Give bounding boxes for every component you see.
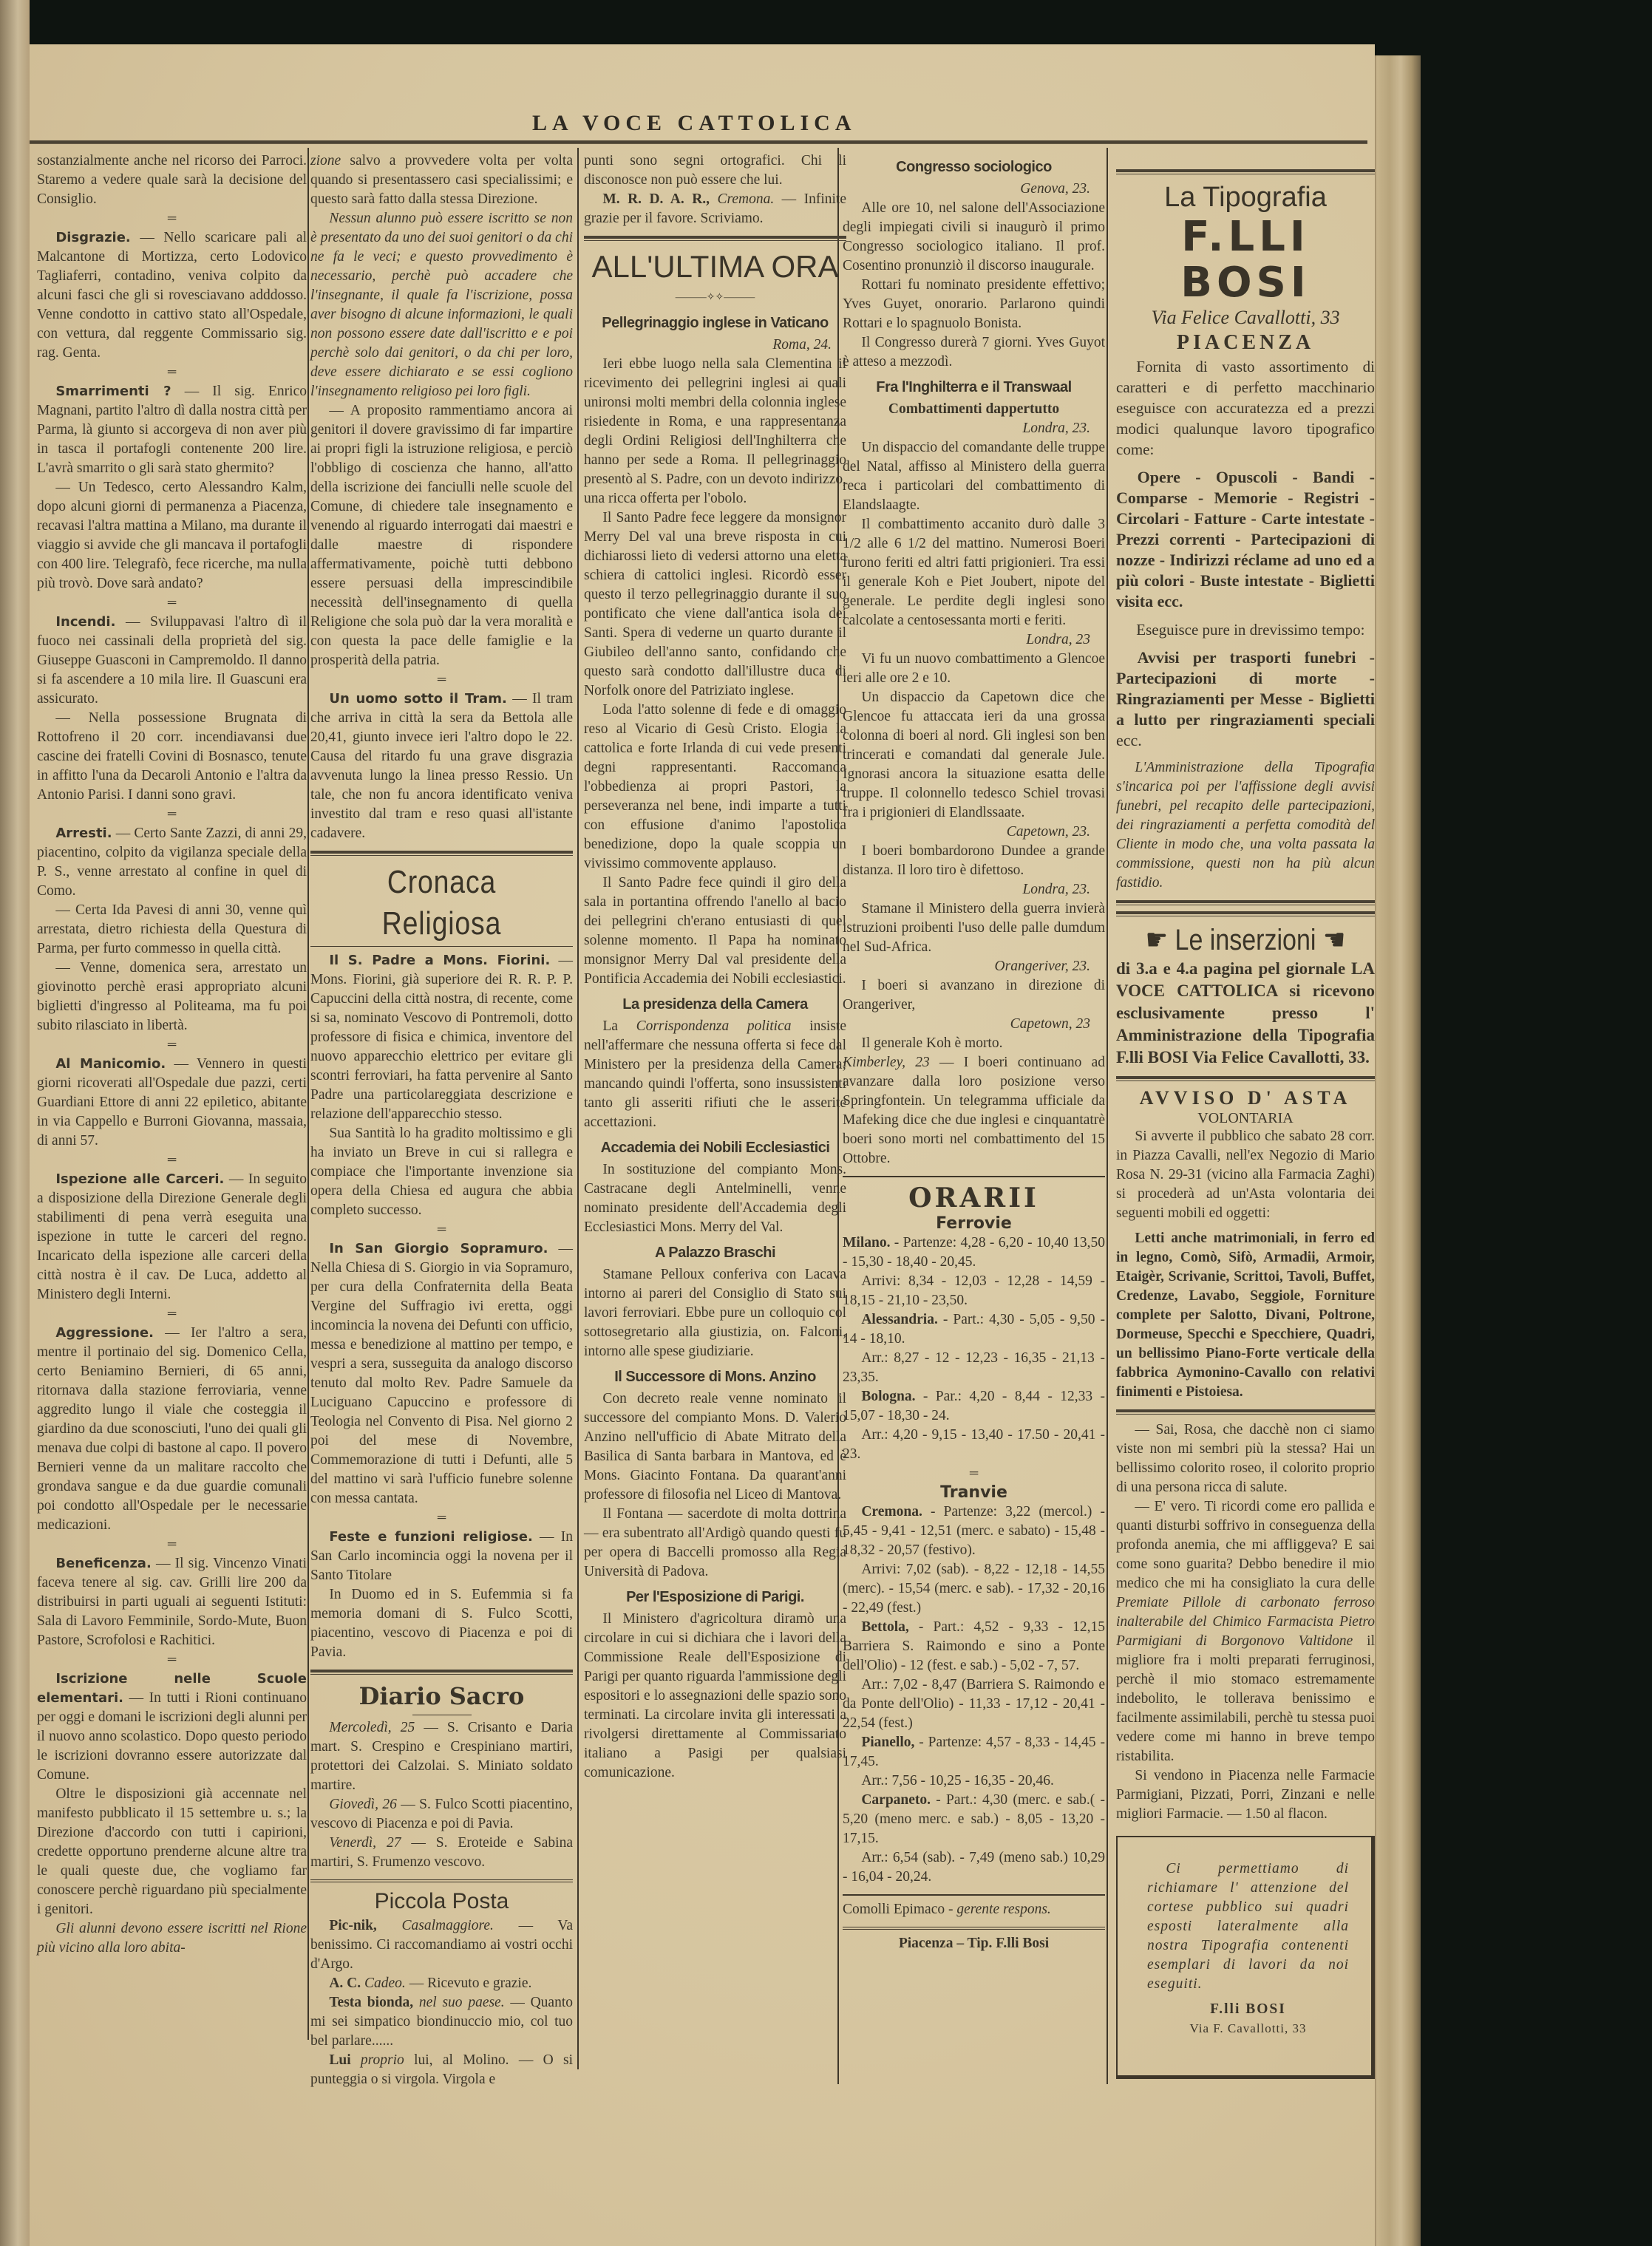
ad-pillole-dialogue: — Sai, Rosa, che dacchè non ci siamo vis… xyxy=(1116,1420,1375,1497)
column-cronaca-cittadina: sostanzialmente anche nel ricorso dei Pa… xyxy=(37,152,307,1958)
timetable-row: Pianello, - Partenze: 4,57 - 8,33 - 14,4… xyxy=(843,1733,1105,1772)
ad-box-signature: F.lli BOSI xyxy=(1147,2000,1349,2019)
subheadline: Combattimenti dappertutto xyxy=(843,400,1105,419)
separator: ═ xyxy=(37,1655,307,1665)
dateline: Orangeriver, 23. xyxy=(843,957,1105,976)
article-italic-para: Nessun alunno può essere iscritto se non… xyxy=(310,209,573,401)
ad-tipografia-city: PIACENZA xyxy=(1116,330,1375,356)
ad-box-text: Ci permettiamo di richiamare l' attenzio… xyxy=(1147,1859,1349,1994)
separator: ═ xyxy=(37,367,307,378)
article-para: Il Santo Padre fece leggere da monsignor… xyxy=(584,508,846,701)
ad-tipografia-services-2: Avvisi per trasporti funebri - Partecipa… xyxy=(1116,647,1375,751)
section-title-cronaca-religiosa: Cronaca Religiosa xyxy=(330,862,554,945)
article-para: I boeri bombardorono Dundee a grande dis… xyxy=(843,842,1105,880)
rule xyxy=(310,946,573,947)
article-arresti-3: — Venne, domenica sera, arrestato un gio… xyxy=(37,959,307,1035)
column-divider xyxy=(1107,148,1108,2084)
timetable-row: Cremona. - Partenze: 3,22 (mercol.) - 5,… xyxy=(843,1503,1105,1560)
ad-tipografia-name: F.LLI BOSI xyxy=(1116,214,1375,306)
article-arresti-2: — Certa Ida Pavesi di anni 30, venne quì… xyxy=(37,901,307,959)
ad-tipografia-address: Via Felice Cavallotti, 33 xyxy=(1116,306,1375,330)
timetable-row: Arr.: 4,20 - 9,15 - 13,40 - 17.50 - 20,4… xyxy=(843,1426,1105,1464)
article-iscrizione-3: Gli alunni devono essere iscritti nel Ri… xyxy=(37,1919,307,1958)
article-para: Il Santo Padre fece quindi il giro della… xyxy=(584,874,846,989)
rule xyxy=(1116,900,1375,905)
separator: ═ xyxy=(37,1155,307,1165)
article-para: — A proposito rammentiamo ancora ai geni… xyxy=(310,401,573,670)
masthead-rule xyxy=(30,140,1367,144)
separator: ═ xyxy=(37,1539,307,1550)
article-para: Stamane il Ministero della guerra invier… xyxy=(843,899,1105,957)
section-rule xyxy=(584,236,846,241)
diario-entry: Venerdì, 27 — S. Eroteide e Sabina marti… xyxy=(310,1834,573,1872)
separator: ═ xyxy=(310,1225,573,1235)
article-para: Kimberley, 23 — I boeri continuano ad av… xyxy=(843,1053,1105,1168)
article-para: Un dispaccio da Capetown dice che Glenco… xyxy=(843,688,1105,823)
headline: Pellegrinaggio inglese in Vaticano xyxy=(584,313,846,333)
article-para: Il Congresso durerà 7 giorni. Yves Guyot… xyxy=(843,333,1105,372)
separator: ═ xyxy=(37,598,307,608)
article-feste: Feste e funzioni religiose. — In San Car… xyxy=(310,1528,573,1585)
posta-entry: Lui proprio lui, al Molino. — O si punte… xyxy=(310,2051,573,2089)
gerente-line: Comolli Epimaco - gerente respons. xyxy=(843,1900,1105,1919)
column-ultima-ora: punti sono segni ortografici. Chi li dis… xyxy=(584,152,846,1783)
ad-pillole-dialogue-2: — E' vero. Ti ricordi come ero pallida e… xyxy=(1116,1497,1375,1766)
article-intro: sostanzialmente anche nel ricorso dei Pa… xyxy=(37,152,307,209)
section-title-diario-sacro: Diario Sacro xyxy=(310,1681,573,1712)
ad-tipografia-services: Opere - Opuscoli - Bandi - Comparse - Me… xyxy=(1116,467,1375,612)
dateline: Genova, 23. xyxy=(843,180,1105,199)
dateline: Londra, 23 xyxy=(843,630,1105,650)
dateline: Capetown, 23 xyxy=(843,1015,1105,1034)
headline: La presidenza della Camera xyxy=(584,995,846,1014)
ornament: ———✧✧——— xyxy=(584,288,846,307)
separator: ═ xyxy=(37,1040,307,1050)
article-beneficenza: Beneficenza. — Il sig. Vincenzo Vinati f… xyxy=(37,1554,307,1650)
headline: Il Successore di Mons. Anzino xyxy=(584,1367,846,1386)
timetable-row: Bettola, - Part.: 4,52 - 9,33 - 12,15 Ba… xyxy=(843,1618,1105,1675)
column-news-orarii: Congresso sociologico Genova, 23. Alle o… xyxy=(843,152,1105,1953)
subsection-ferrovie: Ferrovie xyxy=(843,1214,1105,1233)
ad-tipografia-body: Fornita di vasto assortimento di caratte… xyxy=(1116,356,1375,460)
article-aggressione: Aggressione. — Ier l'altro a sera, mentr… xyxy=(37,1324,307,1535)
timetable-row: Arrivi: 7,02 (sab). - 8,22 - 12,18 - 14,… xyxy=(843,1560,1105,1618)
ad-tipografia-body-2: Eseguisce pure in drevissimo tempo: xyxy=(1116,619,1375,640)
article-arresti: Arresti. — Certo Sante Zazzi, di anni 29… xyxy=(37,824,307,901)
headline: Per l'Esposizione di Parigi. xyxy=(584,1587,846,1607)
timetable-row: Carpaneto. - Part.: 4,30 (merc. e sab.( … xyxy=(843,1791,1105,1848)
article-para: Loda l'atto solenne di fede e di omaggio… xyxy=(584,701,846,874)
diario-entry: Giovedì, 26 — S. Fulco Scotti piacentino… xyxy=(310,1795,573,1834)
subsection-tranvie: Tranvie xyxy=(843,1483,1105,1503)
section-rule xyxy=(843,1176,1105,1177)
column-cronaca-religiosa: zione salvo a provvedere volta per volta… xyxy=(310,152,573,2089)
rule xyxy=(843,1894,1105,1896)
dateline: Capetown, 23. xyxy=(843,823,1105,842)
ad-pillole-sales: Si vendono in Piacenza nelle Farmacie Pa… xyxy=(1116,1766,1375,1824)
timetable-row: Arr.: 7,56 - 10,25 - 16,35 - 20,46. xyxy=(843,1772,1105,1791)
article-para: Stamane Pelloux conferiva con Lacava int… xyxy=(584,1265,846,1361)
timetable-row: Arr.: 8,27 - 12 - 12,23 - 16,35 - 21,13 … xyxy=(843,1349,1105,1387)
article-san-giorgio: In San Giorgio Sopramuro. — Nella Chiesa… xyxy=(310,1239,573,1508)
article-para: In sostituzione del compianto Mons. Cast… xyxy=(584,1160,846,1237)
ad-box-quadri: Ci permettiamo di richiamare l' attenzio… xyxy=(1116,1836,1375,2079)
section-title-piccola-posta: Piccola Posta xyxy=(310,1887,573,1916)
ad-asta-body: Si avverte il pubblico che sabato 28 cor… xyxy=(1116,1127,1375,1223)
headline: A Palazzo Braschi xyxy=(584,1243,846,1262)
article-disgrazie: Disgrazie. — Nello scaricare pali al Mal… xyxy=(37,228,307,363)
headline: Fra l'Inghilterra e il Transwaal xyxy=(843,378,1105,397)
ad-box-address: Via F. Cavallotti, 33 xyxy=(1147,2019,1349,2038)
article-fiorini-2: Sua Santità lo ha gradito moltissimo e g… xyxy=(310,1124,573,1220)
separator: ═ xyxy=(310,1513,573,1523)
rule xyxy=(843,1927,1105,1930)
article-smarrimenti-2: — Un Tedesco, certo Alessandro Kalm, dop… xyxy=(37,478,307,593)
article-para: Il Ministero d'agricoltura diramò una ci… xyxy=(584,1610,846,1783)
ad-inserzioni-title: ☛ Le inserzioni ☚ xyxy=(1135,922,1356,958)
article-tram: Un uomo sotto il Tram. — Il tram che arr… xyxy=(310,690,573,843)
timetable-row: Alessandria. - Part.: 4,30 - 5,05 - 9,50… xyxy=(843,1310,1105,1349)
timetable-row: Bologna. - Par.: 4,20 - 8,44 - 12,33 - 1… xyxy=(843,1387,1105,1426)
article-para: Rottari fu nominato presidente effettivo… xyxy=(843,276,1105,333)
ad-inserzioni-body: di 3.a e 4.a pagina pel giornale LA VOCE… xyxy=(1116,958,1375,1069)
article-para: Con decreto reale venne nominato il succ… xyxy=(584,1389,846,1505)
article-feste-2: In Duomo ed in S. Eufemmia si fa memoria… xyxy=(310,1585,573,1662)
posta-continued: punti sono segni ortografici. Chi li dis… xyxy=(584,152,846,190)
ad-asta-title: AVVISO D' ASTA xyxy=(1116,1087,1375,1109)
column-advertisements: La Tipografia F.LLI BOSI Via Felice Cava… xyxy=(1116,152,1375,2079)
section-rule xyxy=(310,851,573,856)
rule xyxy=(1116,169,1375,174)
separator: ═ xyxy=(37,809,307,820)
page-stack-edge xyxy=(1375,55,1421,2246)
article-iscrizione-2: Oltre le disposizioni già accennate nel … xyxy=(37,1785,307,1919)
headline: Congresso sociologico xyxy=(843,157,1105,177)
article-para: Il Fontana — sacerdote di molta dottrina… xyxy=(584,1505,846,1582)
article-continued: zione salvo a provvedere volta per volta… xyxy=(310,152,573,209)
posta-entry: M. R. D. A. R., Cremona. — Infinite graz… xyxy=(584,190,846,228)
rule xyxy=(1116,1409,1375,1415)
article-para: Un dispaccio del comandante delle truppe… xyxy=(843,438,1105,515)
article-iscrizione: Iscrizione nelle Scuole elementari. — In… xyxy=(37,1670,307,1785)
rule xyxy=(1116,1076,1375,1081)
section-rule xyxy=(310,1670,573,1675)
posta-entry: Pic-nik, Casalmaggiore. — Va benissimo. … xyxy=(310,1916,573,1974)
dateline: Londra, 23. xyxy=(843,419,1105,438)
timetable-row: Arrivi: 8,34 - 12,03 - 12,28 - 14,59 - 1… xyxy=(843,1272,1105,1310)
separator: ═ xyxy=(37,1309,307,1319)
masthead: LA VOCE CATTOLICA xyxy=(532,111,856,136)
separator: ═ xyxy=(310,675,573,685)
dateline: Londra, 23. xyxy=(843,880,1105,899)
column-divider xyxy=(307,148,309,2040)
pointing-hand-right-icon: ☛ xyxy=(1146,924,1168,956)
article-incendi-2: — Nella possessione Brugnata di Rottofre… xyxy=(37,709,307,805)
ad-tipografia-title: La Tipografia xyxy=(1116,180,1375,214)
ad-tipografia-note: L'Amministrazione della Tipografia s'inc… xyxy=(1116,758,1375,893)
article-para: I boeri si avanzano in direzione di Oran… xyxy=(843,976,1105,1015)
article-incendi: Incendi. — Sviluppavasi l'altro dì il fu… xyxy=(37,613,307,709)
rule xyxy=(412,1715,472,1715)
article-para: Il combattimento accanito durò dalle 3 1… xyxy=(843,515,1105,630)
printer-imprint: Piacenza – Tip. F.lli Bosi xyxy=(843,1934,1105,1953)
pointing-hand-left-icon: ☚ xyxy=(1323,924,1345,956)
posta-entry: A. C. Cadeo. — Ricevuto e grazie. xyxy=(310,1974,573,1993)
separator: ═ xyxy=(843,1469,1105,1479)
timetable-row: Arr.: 6,54 (sab). - 7,49 (meno sab.) 10,… xyxy=(843,1848,1105,1887)
rule xyxy=(1116,911,1375,916)
section-title-orarii: ORARII xyxy=(843,1182,1105,1214)
column-divider xyxy=(577,148,579,2069)
article-para: Vi fu un nuovo combattimento a Glencoe i… xyxy=(843,650,1105,688)
posta-entry: Testa bionda, nel suo paese. — Quanto mi… xyxy=(310,1993,573,2051)
article-smarrimenti: Smarrimenti ? — Il sig. Enrico Magnani, … xyxy=(37,382,307,478)
dateline: Roma, 24. xyxy=(584,336,846,355)
facing-page-edge xyxy=(0,0,30,2246)
article-manicomio: Al Manicomio. — Vennero in questi giorni… xyxy=(37,1055,307,1151)
separator: ═ xyxy=(37,214,307,224)
article-fiorini: Il S. Padre a Mons. Fiorini. — Mons. Fio… xyxy=(310,951,573,1124)
timetable-row: Milano. - Partenze: 4,28 - 6,20 - 10,40 … xyxy=(843,1233,1105,1272)
article-para: Ieri ebbe luogo nella sala Clementina il… xyxy=(584,355,846,508)
ad-asta-subtitle: VOLONTARIA xyxy=(1116,1109,1375,1127)
timetable-row: Arr.: 7,02 - 8,47 (Barriera S. Raimondo … xyxy=(843,1675,1105,1733)
section-title-ultima-ora: ALL'ULTIMA ORA xyxy=(584,247,846,287)
article-para: La Corrispondenza politica insiste nell'… xyxy=(584,1017,846,1132)
ad-asta-items: Letti anche matrimoniali, in ferro ed in… xyxy=(1116,1229,1375,1402)
article-para: Il generale Koh è morto. xyxy=(843,1034,1105,1053)
headline: Accademia dei Nobili Ecclesiastici xyxy=(584,1138,846,1157)
section-rule xyxy=(310,1879,573,1882)
article-para: Alle ore 10, nel salone dell'Associazion… xyxy=(843,199,1105,276)
article-carceri: Ispezione alle Carceri. — In seguito a d… xyxy=(37,1170,307,1304)
diario-entry: Mercoledì, 25 — S. Crisanto e Daria mart… xyxy=(310,1718,573,1795)
